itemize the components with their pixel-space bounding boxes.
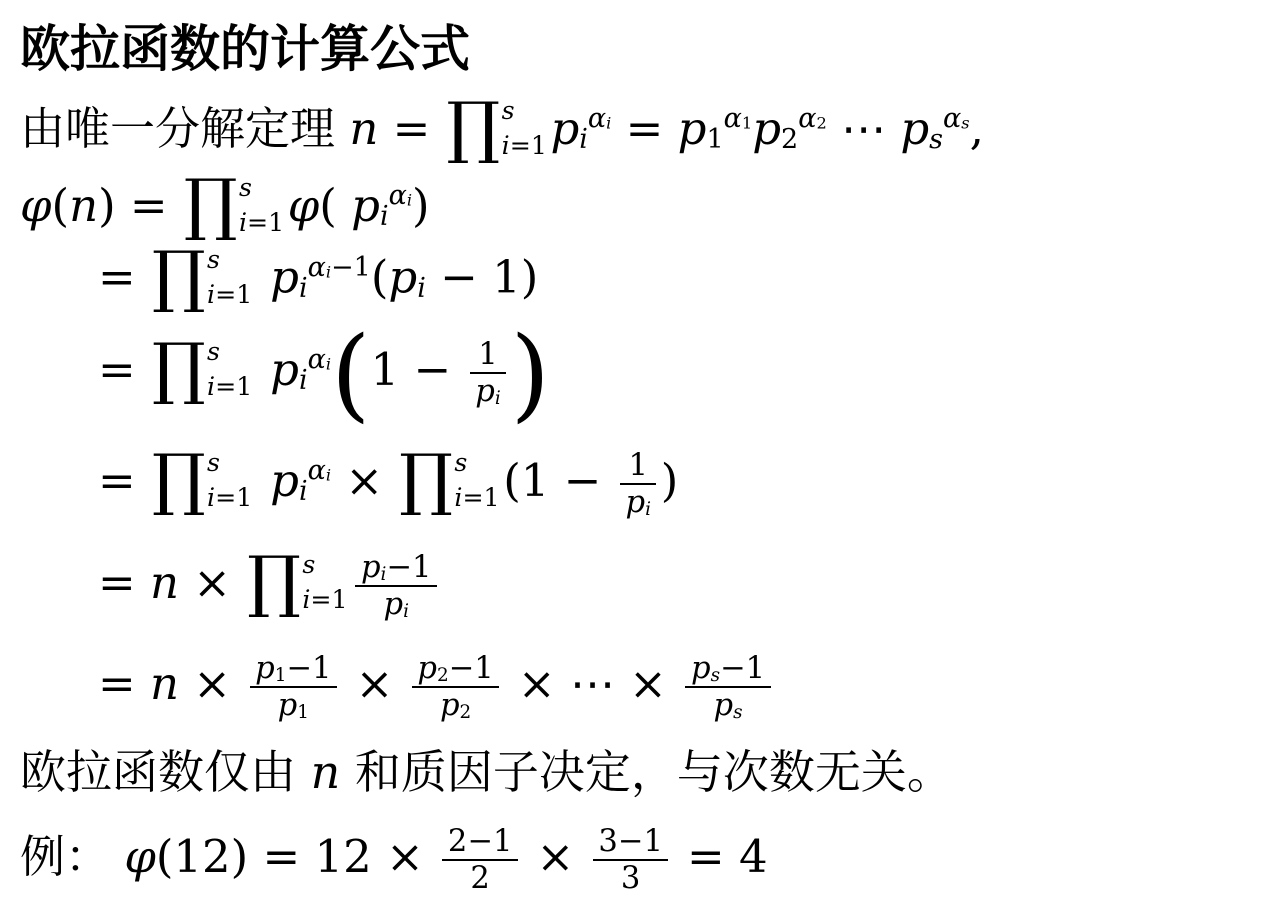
formula-factorization: 由唯一分解定理 n = ∏si=1piαi = p1α1p2α2 ⋯ psαs, [20,90,1262,168]
formula-step-prime-power: = ∏si=1 piαi−1(pi − 1) [20,244,1262,311]
formula-step-one-minus-fraction: = ∏si=1 piαi(1 − 1pi) [20,311,1262,429]
page-title: 欧拉函数的计算公式 [20,8,1262,90]
formula-phi-product: φ(n) = ∏si=1φ( piαi) [20,168,1262,244]
formula-step-expanded: = n × p1−1p1 × p2−1p2 × ⋯ × ps−1ps [20,633,1262,735]
formula-step-two-products: = ∏si=1 piαi × ∏si=1(1 − 1pi) [20,429,1262,533]
conclusion-text: 欧拉函数仅由 n 和质因子决定，与次数无关。 [20,735,1262,809]
example-formula: 例： φ(12) = 12 × 2−12 × 3−13 = 4 [20,809,1262,904]
slide-content: 欧拉函数的计算公式 由唯一分解定理 n = ∏si=1piαi = p1α1p2… [0,0,1262,904]
formula-step-n-times-product: = n × ∏si=1pi−1pi [20,533,1262,633]
